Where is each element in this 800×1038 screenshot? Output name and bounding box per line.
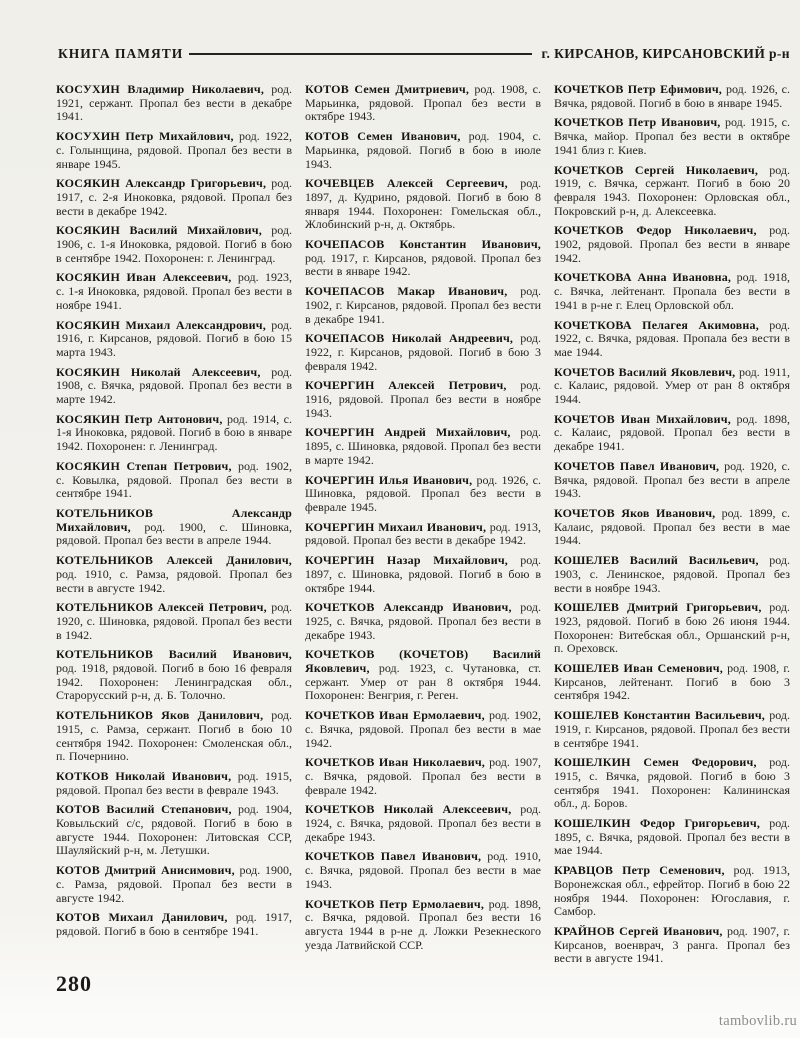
memorial-entry: КОЧЕТКОВ (КОЧЕТОВ) Василий Яковлевич, ро… (305, 648, 541, 703)
entry-details: род. 1910, с. Рамза, рядовой. Пропал без… (56, 567, 292, 595)
memorial-entry: КОСЯКИН Степан Петрович, род. 1902, с. К… (56, 460, 292, 501)
entry-person-name: КОЧЕТКОВ Павел Иванович, (305, 849, 481, 863)
entry-person-name: КОЧЕПАСОВ Константин Иванович, (305, 237, 541, 251)
entry-person-name: КОЧЕПАСОВ Николай Андреевич, (305, 331, 513, 345)
memorial-entry: КОСЯКИН Иван Алексеевич, род. 1923, с. 1… (56, 271, 292, 312)
page-number: 280 (56, 971, 92, 997)
entry-person-name: КОСЯКИН Иван Алексеевич, (56, 270, 231, 284)
column-2: КОТОВ Семен Дмитриевич, род. 1908, с. Ма… (305, 83, 541, 972)
entry-person-name: КОТОВ Семен Иванович, (305, 129, 461, 143)
memorial-entry: КОСЯКИН Петр Антонович, род. 1914, с. 1-… (56, 413, 292, 454)
entry-person-name: КОЧЕТКОВ Николай Алексеевич, (305, 802, 511, 816)
memorial-entry: КОТОВ Семен Дмитриевич, род. 1908, с. Ма… (305, 83, 541, 124)
entry-person-name: КОШЕЛКИН Федор Григорьевич, (554, 816, 760, 830)
entry-person-name: КОТЕЛЬНИКОВ Яков Данилович, (56, 708, 263, 722)
entry-person-name: КОЧЕТКОВ Иван Ермолаевич, (305, 708, 485, 722)
entry-person-name: КОЧЕТКОВ Петр Ермолаевич, (305, 897, 484, 911)
entry-person-name: КОЧЕРГИН Андрей Михайлович, (305, 425, 511, 439)
entry-person-name: КРАВЦОВ Петр Семенович, (554, 863, 725, 877)
entry-person-name: КОСЯКИН Степан Петрович, (56, 459, 232, 473)
memorial-entry: КОЧЕТКОВ Иван Николаевич, род. 1907, с. … (305, 756, 541, 797)
entry-person-name: КОЧЕТОВ Василий Яковлевич, (554, 365, 735, 379)
entry-person-name: КОШЕЛЕВ Константин Васильевич, (554, 708, 765, 722)
entry-person-name: КОЧЕТКОВ Петр Иванович, (554, 115, 721, 129)
entry-person-name: КОТОВ Семен Дмитриевич, (305, 82, 469, 96)
memorial-entry: КОЧЕТКОВ Павел Иванович, род. 1910, с. В… (305, 850, 541, 891)
entry-person-name: КОСУХИН Владимир Николаевич, (56, 82, 264, 96)
memorial-entry: КОТЕЛЬНИКОВ Алексей Данилович, род. 1910… (56, 554, 292, 595)
header-divider-rule (189, 53, 531, 55)
memorial-entry: КОТЕЛЬНИКОВ Василий Иванович, род. 1918,… (56, 648, 292, 703)
entry-person-name: КОСЯКИН Николай Алексеевич, (56, 365, 261, 379)
entry-person-name: КОТЕЛЬНИКОВ Алексей Петрович, (56, 600, 267, 614)
memorial-entry: КОЧЕТКОВ Петр Ермолаевич, род. 1898, с. … (305, 898, 541, 953)
entry-person-name: КОСУХИН Петр Михайлович, (56, 129, 234, 143)
entry-person-name: КОТОВ Василий Степанович, (56, 802, 232, 816)
entry-person-name: КОТКОВ Николай Иванович, (56, 769, 231, 783)
entry-person-name: КОСЯКИН Михаил Александрович, (56, 318, 266, 332)
entry-person-name: КОТОВ Дмитрий Анисимович, (56, 863, 235, 877)
entry-person-name: КОШЕЛЕВ Иван Семенович, (554, 661, 723, 675)
entry-person-name: КОЧЕТКОВ Иван Николаевич, (305, 755, 485, 769)
memorial-entry: КОСЯКИН Александр Григорьевич, род. 1917… (56, 177, 292, 218)
memorial-entry: КОТОВ Михаил Данилович, род. 1917, рядов… (56, 911, 292, 938)
entry-person-name: КРАЙНОВ Сергей Иванович, (554, 924, 723, 938)
memorial-entry: КОТКОВ Николай Иванович, род. 1915, рядо… (56, 770, 292, 797)
memorial-entry: КОСУХИН Владимир Николаевич, род. 1921, … (56, 83, 292, 124)
entry-details: род. 1918, рядовой. Погиб в бою 16 февра… (56, 661, 292, 702)
book-title: КНИГА ПАМЯТИ (58, 46, 183, 62)
memorial-entry: КОТОВ Дмитрий Анисимович, род. 1900, с. … (56, 864, 292, 905)
memorial-entry: КОСЯКИН Николай Алексеевич, род. 1908, с… (56, 366, 292, 407)
entry-person-name: КОЧЕТКОВА Пелагея Акимовна, (554, 318, 759, 332)
memorial-entry: КОЧЕТОВ Яков Иванович, род. 1899, с. Кал… (554, 507, 790, 548)
memorial-entry: КОСУХИН Петр Михайлович, род. 1922, с. Г… (56, 130, 292, 171)
entry-person-name: КОЧЕВЦЕВ Алексей Сергеевич, (305, 176, 508, 190)
entry-person-name: КОТОВ Михаил Данилович, (56, 910, 228, 924)
memorial-entry: КОЧЕТКОВ Александр Иванович, род. 1925, … (305, 601, 541, 642)
entry-person-name: КОЧЕТКОВ Сергей Николаевич, (554, 163, 758, 177)
entry-person-name: КОЧЕРГИН Назар Михайлович, (305, 553, 508, 567)
memorial-entry: КОТОВ Василий Степанович, род. 1904, Ков… (56, 803, 292, 858)
entry-person-name: КОЧЕТОВ Павел Иванович, (554, 459, 719, 473)
entry-person-name: КОЧЕРГИН Алексей Петрович, (305, 378, 507, 392)
column-3: КОЧЕТКОВ Петр Ефимович, род. 1926, с. Вя… (554, 83, 790, 972)
entry-person-name: КОЧЕТОВ Иван Михайлович, (554, 412, 731, 426)
memorial-entry: КОЧЕВЦЕВ Алексей Сергеевич, род. 1897, д… (305, 177, 541, 232)
memorial-entry: КОСЯКИН Михаил Александрович, род. 1916,… (56, 319, 292, 360)
memorial-entry: КОЧЕТКОВ Петр Ефимович, род. 1926, с. Вя… (554, 83, 790, 110)
memorial-entry: КОЧЕПАСОВ Константин Иванович, род. 1917… (305, 238, 541, 279)
memorial-entry: КОЧЕРГИН Михаил Иванович, род. 1913, ряд… (305, 521, 541, 548)
memorial-entry: КОЧЕПАСОВ Макар Иванович, род. 1902, г. … (305, 285, 541, 326)
memorial-entry: КОТОВ Семен Иванович, род. 1904, с. Марь… (305, 130, 541, 171)
entry-person-name: КОЧЕТОВ Яков Иванович, (554, 506, 715, 520)
memorial-entry: КОЧЕРГИН Назар Михайлович, род. 1897, с.… (305, 554, 541, 595)
memorial-entry: КОШЕЛКИН Семен Федорович, род. 1915, с. … (554, 756, 790, 811)
memorial-entry: КОШЕЛКИН Федор Григорьевич, род. 1895, с… (554, 817, 790, 858)
entry-person-name: КОСЯКИН Александр Григорьевич, (56, 176, 266, 190)
entry-person-name: КОСЯКИН Василий Михайлович, (56, 223, 262, 237)
memorial-entry: КОЧЕТКОВА Пелагея Акимовна, род. 1922, с… (554, 319, 790, 360)
memorial-entry: КОЧЕРГИН Илья Иванович, род. 1926, с. Ши… (305, 474, 541, 515)
entry-person-name: КОШЕЛКИН Семен Федорович, (554, 755, 757, 769)
memorial-entry: КОЧЕТОВ Павел Иванович, род. 1920, с. Вя… (554, 460, 790, 501)
page-header: КНИГА ПАМЯТИ г. КИРСАНОВ, КИРСАНОВСКИЙ р… (58, 46, 790, 62)
memorial-book-page: КНИГА ПАМЯТИ г. КИРСАНОВ, КИРСАНОВСКИЙ р… (0, 0, 800, 1038)
entry-person-name: КОСЯКИН Петр Антонович, (56, 412, 223, 426)
memorial-entry: КРАВЦОВ Петр Семенович, род. 1913, Ворон… (554, 864, 790, 919)
memorial-entry: КОТЕЛЬНИКОВ Алексей Петрович, род. 1920,… (56, 601, 292, 642)
entry-person-name: КОЧЕРГИН Михаил Иванович, (305, 520, 486, 534)
memorial-entry: КОЧЕТКОВ Иван Ермолаевич, род. 1902, с. … (305, 709, 541, 750)
entry-person-name: КОШЕЛЕВ Василий Васильевич, (554, 553, 759, 567)
memorial-entry: КОЧЕТКОВ Николай Алексеевич, род. 1924, … (305, 803, 541, 844)
memorial-entry: КОЧЕРГИН Алексей Петрович, род. 1916, ря… (305, 379, 541, 420)
text-columns: КОСУХИН Владимир Николаевич, род. 1921, … (56, 83, 790, 972)
memorial-entry: КОТЕЛЬНИКОВ Яков Данилович, род. 1915, с… (56, 709, 292, 764)
memorial-entry: КОЧЕТКОВ Петр Иванович, род. 1915, с. Вя… (554, 116, 790, 157)
memorial-entry: КОЧЕТОВ Иван Михайлович, род. 1898, с. К… (554, 413, 790, 454)
entry-person-name: КОЧЕТКОВ Александр Иванович, (305, 600, 512, 614)
memorial-entry: КОШЕЛЕВ Иван Семенович, род. 1908, г. Ки… (554, 662, 790, 703)
region-title: г. КИРСАНОВ, КИРСАНОВСКИЙ р-н (542, 46, 790, 62)
memorial-entry: КОЧЕРГИН Андрей Михайлович, род. 1895, с… (305, 426, 541, 467)
memorial-entry: КОШЕЛЕВ Константин Васильевич, род. 1919… (554, 709, 790, 750)
column-1: КОСУХИН Владимир Николаевич, род. 1921, … (56, 83, 292, 972)
entry-person-name: КОЧЕТКОВ Федор Николаевич, (554, 223, 757, 237)
entry-person-name: КОШЕЛЕВ Дмитрий Григорьевич, (554, 600, 762, 614)
entry-details: род. 1917, г. Кирсанов, рядовой. Пропал … (305, 251, 541, 279)
memorial-entry: КОЧЕТОВ Василий Яковлевич, род. 1911, с.… (554, 366, 790, 407)
entry-person-name: КОЧЕТКОВА Анна Ивановна, (554, 270, 731, 284)
memorial-entry: КОШЕЛЕВ Дмитрий Григорьевич, род. 1923, … (554, 601, 790, 656)
memorial-entry: КОСЯКИН Василий Михайлович, род. 1906, с… (56, 224, 292, 265)
memorial-entry: КОЧЕПАСОВ Николай Андреевич, род. 1922, … (305, 332, 541, 373)
memorial-entry: КОТЕЛЬНИКОВ Александр Михайлович, род. 1… (56, 507, 292, 548)
entry-person-name: КОЧЕПАСОВ Макар Иванович, (305, 284, 507, 298)
entry-person-name: КОТЕЛЬНИКОВ Василий Иванович, (56, 647, 292, 661)
memorial-entry: КРАЙНОВ Сергей Иванович, род. 1907, г. К… (554, 925, 790, 966)
library-watermark: tambovlib.ru (719, 1013, 797, 1030)
memorial-entry: КОЧЕТКОВ Федор Николаевич, род. 1902, ря… (554, 224, 790, 265)
memorial-entry: КОШЕЛЕВ Василий Васильевич, род. 1903, с… (554, 554, 790, 595)
entry-person-name: КОТЕЛЬНИКОВ Алексей Данилович, (56, 553, 292, 567)
memorial-entry: КОЧЕТКОВА Анна Ивановна, род. 1918, с. В… (554, 271, 790, 312)
memorial-entry: КОЧЕТКОВ Сергей Николаевич, род. 1919, с… (554, 164, 790, 219)
entry-person-name: КОЧЕРГИН Илья Иванович, (305, 473, 472, 487)
entry-person-name: КОЧЕТКОВ Петр Ефимович, (554, 82, 722, 96)
